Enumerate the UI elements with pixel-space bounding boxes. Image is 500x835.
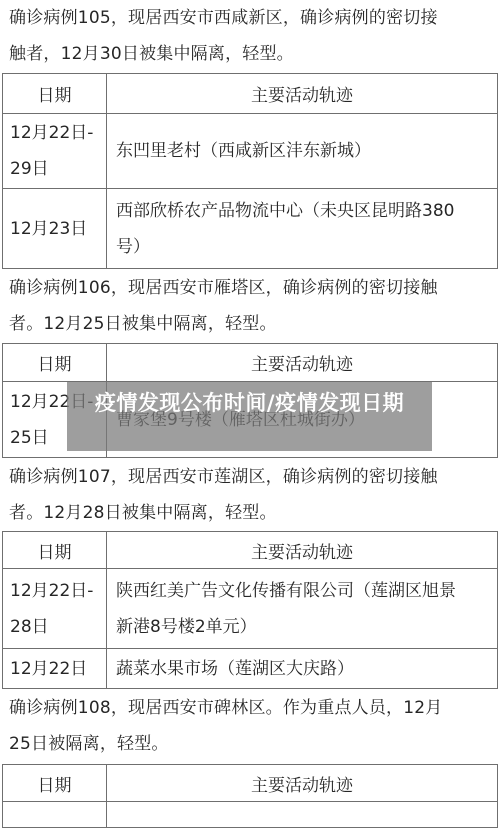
case-107-track-table: 日期 主要活动轨迹 12月22日- 28日 陕西红美广告文化传播有限公司（莲湖区… [2,531,498,689]
case-105-description-line2: 触者，12月30日被集中隔离，轻型。 [9,36,495,72]
case-106-description-line2: 者。12月25日被集中隔离，轻型。 [9,306,495,342]
case-108-description-line2: 25日被隔离，轻型。 [9,726,495,762]
header-activity: 主要活动轨迹 [107,765,498,802]
row-place: 西部欣桥农产品物流中心（未央区昆明路380 号） [107,189,498,269]
date-line: 12月22日- [10,115,98,151]
place-line: 陕西红美广告文化传播有限公司（莲湖区旭景 [116,573,489,609]
table-row: 12月23日 西部欣桥农产品物流中心（未央区昆明路380 号） [3,189,498,269]
case-106-description-line1: 确诊病例106，现居西安市雁塔区，确诊病例的密切接触 [9,270,495,306]
case-107-description: 确诊病例107，现居西安市莲湖区，确诊病例的密切接触 者。12月28日被集中隔离… [9,459,495,531]
table-header-row: 日期 主要活动轨迹 [3,765,498,802]
title-overlay-banner: 疫情发现公布时间/疫情发现日期 [67,382,432,451]
table-header-row: 日期 主要活动轨迹 [3,532,498,569]
row-date: 12月22日 [3,649,107,689]
place-line: 新港8号楼2单元） [116,609,489,645]
header-activity: 主要活动轨迹 [107,74,498,114]
header-date: 日期 [3,344,107,382]
place-line: 东凹里老村（西咸新区沣东新城） [116,133,489,169]
case-108-track-table: 日期 主要活动轨迹 [2,764,498,828]
table-row: 12月22日- 29日 东凹里老村（西咸新区沣东新城） [3,114,498,189]
date-line: 28日 [10,609,98,645]
case-105-description: 确诊病例105，现居西安市西咸新区，确诊病例的密切接 触者，12月30日被集中隔… [9,0,495,72]
header-activity: 主要活动轨迹 [107,344,498,382]
row-place: 蔬菜水果市场（莲湖区大庆路） [107,649,498,689]
case-105-track-table: 日期 主要活动轨迹 12月22日- 29日 东凹里老村（西咸新区沣东新城） 12… [2,73,498,269]
row-place: 东凹里老村（西咸新区沣东新城） [107,114,498,189]
table-row: 12月22日- 28日 陕西红美广告文化传播有限公司（莲湖区旭景 新港8号楼2单… [3,569,498,649]
row-date: 12月22日- 29日 [3,114,107,189]
row-place: 陕西红美广告文化传播有限公司（莲湖区旭景 新港8号楼2单元） [107,569,498,649]
date-line: 29日 [10,151,98,187]
row-place [107,802,498,828]
case-107-description-line2: 者。12月28日被集中隔离，轻型。 [9,495,495,531]
row-date: 12月23日 [3,189,107,269]
row-date: 12月22日- 28日 [3,569,107,649]
header-date: 日期 [3,74,107,114]
header-activity: 主要活动轨迹 [107,532,498,569]
overlay-title: 疫情发现公布时间/疫情发现日期 [67,390,432,416]
case-105-description-line1: 确诊病例105，现居西安市西咸新区，确诊病例的密切接 [9,0,495,36]
case-107-description-line1: 确诊病例107，现居西安市莲湖区，确诊病例的密切接触 [9,459,495,495]
case-108-description: 确诊病例108，现居西安市碑林区。作为重点人员，12月 25日被隔离，轻型。 [9,690,495,762]
date-line: 12月23日 [10,211,98,247]
case-108-description-line1: 确诊病例108，现居西安市碑林区。作为重点人员，12月 [9,690,495,726]
table-header-row: 日期 主要活动轨迹 [3,344,498,382]
date-line: 12月22日- [10,573,98,609]
row-date [3,802,107,828]
date-line: 12月22日 [10,651,98,687]
table-header-row: 日期 主要活动轨迹 [3,74,498,114]
case-106-description: 确诊病例106，现居西安市雁塔区，确诊病例的密切接触 者。12月25日被集中隔离… [9,270,495,342]
table-row: 12月22日 蔬菜水果市场（莲湖区大庆路） [3,649,498,689]
header-date: 日期 [3,532,107,569]
place-line: 号） [116,229,489,265]
place-line: 西部欣桥农产品物流中心（未央区昆明路380 [116,193,489,229]
table-row [3,802,498,828]
header-date: 日期 [3,765,107,802]
place-line: 蔬菜水果市场（莲湖区大庆路） [116,651,489,687]
